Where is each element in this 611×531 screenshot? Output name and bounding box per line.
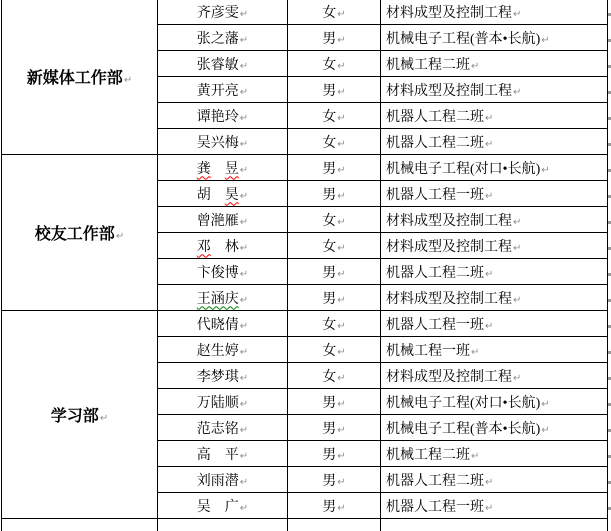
major-cell[interactable]: 机器人工程二班↵ [381, 259, 608, 285]
name-cell[interactable]: 卞俊博↵ [158, 259, 288, 285]
gender-text: 女 [322, 6, 336, 21]
name-text: 吴 广 [197, 500, 239, 515]
gender-text: 女 [322, 214, 336, 229]
gender-text: 男 [322, 84, 336, 99]
paragraph-mark-icon: ↵ [337, 165, 345, 176]
name-text: 曾滟雁 [197, 214, 239, 229]
paragraph-mark-icon: ↵ [485, 503, 493, 514]
paragraph-mark-icon: ↵ [240, 113, 248, 124]
gender-text: 女 [322, 344, 336, 359]
name-cell[interactable]: 邓 林↵ [158, 233, 288, 259]
paragraph-mark-icon: ↵ [240, 61, 248, 72]
major-text: 材料成型及控制工程 [386, 214, 512, 229]
paragraph-mark-icon: ↵ [513, 9, 521, 20]
paragraph-mark-icon: ↵ [240, 9, 248, 20]
major-text: 机器人工程一班 [386, 188, 484, 203]
name-text: 林 [211, 240, 239, 255]
gender-text: 男 [322, 396, 336, 411]
paragraph-mark-icon: ↵ [337, 113, 345, 124]
major-text: 机器人工程一班 [386, 318, 484, 333]
table-row-partial [2, 519, 608, 531]
name-cell[interactable]: 吴 广↵ [158, 493, 288, 519]
gender-cell[interactable]: 男↵ [288, 389, 381, 415]
paragraph-mark-icon: ↵ [541, 399, 549, 410]
gender-text: 女 [322, 58, 336, 73]
paragraph-mark-icon: ↵ [240, 217, 248, 228]
name-text: 刘雨潜 [197, 474, 239, 489]
major-text: 机械工程一班 [386, 344, 470, 359]
gender-text: 女 [322, 318, 336, 333]
major-text: 材料成型及控制工程 [386, 84, 512, 99]
paragraph-mark-icon: ↵ [337, 295, 345, 306]
gender-text: 男 [322, 448, 336, 463]
major-cell[interactable]: 材料成型及控制工程↵ [381, 77, 608, 103]
gender-cell[interactable]: 男↵ [288, 493, 381, 519]
paragraph-mark-icon: ↵ [240, 347, 248, 358]
paragraph-mark-icon: ↵ [337, 139, 345, 150]
major-cell[interactable]: 机器人工程二班↵ [381, 103, 608, 129]
major-text: 机械电子工程(普本•长航) [386, 422, 540, 437]
major-cell[interactable]: 机械工程一班↵ [381, 337, 608, 363]
paragraph-mark-icon: ↵ [485, 113, 493, 124]
name-cell[interactable]: 范志铭↵ [158, 415, 288, 441]
paragraph-mark-icon: ↵ [513, 373, 521, 384]
gender-text: 女 [322, 110, 336, 125]
gender-cell[interactable]: 女↵ [288, 337, 381, 363]
gender-cell[interactable]: 女↵ [288, 0, 381, 25]
major-cell[interactable]: 机械电子工程(对口•长航)↵ [381, 155, 608, 181]
paragraph-mark-icon: ↵ [337, 87, 345, 98]
major-cell[interactable]: 机器人工程二班↵ [381, 467, 608, 493]
gender-cell[interactable]: 男↵ [288, 181, 381, 207]
paragraph-mark-icon: ↵ [240, 139, 248, 150]
name-cell[interactable]: 赵生婷↵ [158, 337, 288, 363]
name-text: 高 平 [197, 448, 239, 463]
gender-text: 男 [322, 162, 336, 177]
gender-cell[interactable]: 男↵ [288, 25, 381, 51]
department-name: 学习部 [51, 408, 99, 425]
gender-text: 女 [322, 370, 336, 385]
name-cell[interactable]: 万陆顺↵ [158, 389, 288, 415]
major-cell[interactable]: 材料成型及控制工程↵ [381, 207, 608, 233]
paragraph-mark-icon: ↵ [485, 139, 493, 150]
paragraph-mark-icon: ↵ [513, 217, 521, 228]
name-cell[interactable]: 黄开亮↵ [158, 77, 288, 103]
paragraph-mark-icon: ↵ [485, 269, 493, 280]
paragraph-mark-icon: ↵ [337, 321, 345, 332]
name-text: 齐彦雯 [197, 6, 239, 21]
gender-cell[interactable]: 女↵ [288, 311, 381, 337]
name-cell[interactable]: 刘雨潜↵ [158, 467, 288, 493]
gender-cell[interactable]: 女↵ [288, 103, 381, 129]
name-text-spelling-error: 邓 [197, 240, 211, 255]
major-cell[interactable]: 机械电子工程(普本•长航)↵ [381, 25, 608, 51]
department-cell[interactable]: 学习部↵ [2, 311, 158, 519]
table-row: 学习部↵代晓倩↵女↵机器人工程一班↵ [2, 311, 608, 337]
document-page: 新媒体工作部↵齐彦雯↵女↵材料成型及控制工程↵张之藩↵男↵机械电子工程(普本•长… [0, 0, 611, 531]
name-cell[interactable]: 龚 昱↵ [158, 155, 288, 181]
paragraph-mark-icon: ↵ [116, 231, 124, 242]
major-cell[interactable]: 机器人工程一班↵ [381, 181, 608, 207]
name-text: 范志铭 [197, 422, 239, 437]
major-text: 材料成型及控制工程 [386, 240, 512, 255]
name-text: 万陆顺 [197, 396, 239, 411]
gender-text: 男 [322, 32, 336, 47]
major-cell[interactable]: 机械电子工程(普本•长航)↵ [381, 415, 608, 441]
gender-cell[interactable]: 男↵ [288, 467, 381, 493]
paragraph-mark-icon: ↵ [541, 35, 549, 46]
paragraph-mark-icon: ↵ [100, 413, 108, 424]
department-name: 校友工作部 [35, 226, 115, 243]
paragraph-mark-icon: ↵ [337, 35, 345, 46]
paragraph-mark-icon: ↵ [337, 347, 345, 358]
paragraph-mark-icon: ↵ [240, 399, 248, 410]
name-cell[interactable]: 谭艳玲↵ [158, 103, 288, 129]
paragraph-mark-icon: ↵ [240, 191, 248, 202]
name-cell[interactable]: 代晓倩↵ [158, 311, 288, 337]
major-cell[interactable]: 材料成型及控制工程↵ [381, 363, 608, 389]
paragraph-mark-icon: ↵ [337, 191, 345, 202]
paragraph-mark-icon: ↵ [337, 399, 345, 410]
name-cell[interactable]: 高 平↵ [158, 441, 288, 467]
paragraph-mark-icon: ↵ [240, 243, 248, 254]
gender-text: 男 [322, 474, 336, 489]
gender-text: 女 [322, 240, 336, 255]
table-row: 新媒体工作部↵齐彦雯↵女↵材料成型及控制工程↵ [2, 0, 608, 25]
major-text: 机器人工程一班 [386, 500, 484, 515]
paragraph-mark-icon: ↵ [485, 191, 493, 202]
name-text: 赵生婷 [197, 344, 239, 359]
paragraph-mark-icon: ↵ [240, 269, 248, 280]
paragraph-mark-icon: ↵ [240, 295, 248, 306]
name-text: 张之藩 [197, 32, 239, 47]
paragraph-mark-icon: ↵ [513, 295, 521, 306]
name-cell[interactable]: 吴兴梅↵ [158, 129, 288, 155]
gender-cell[interactable]: 女↵ [288, 207, 381, 233]
paragraph-mark-icon: ↵ [337, 269, 345, 280]
paragraph-mark-icon: ↵ [240, 503, 248, 514]
name-cell[interactable]: 张之藩↵ [158, 25, 288, 51]
name-cell[interactable]: 王涵庆↵ [158, 285, 288, 311]
paragraph-mark-icon: ↵ [240, 321, 248, 332]
gender-text: 男 [322, 500, 336, 515]
name-cell[interactable]: 齐彦雯↵ [158, 0, 288, 25]
paragraph-mark-icon: ↵ [485, 321, 493, 332]
partial-row-cell[interactable] [288, 519, 381, 531]
paragraph-mark-icon: ↵ [513, 243, 521, 254]
name-text: 卞俊博 [197, 266, 239, 281]
major-cell[interactable]: 机械工程二班↵ [381, 51, 608, 77]
paragraph-mark-icon: ↵ [240, 373, 248, 384]
major-cell[interactable]: 机械电子工程(对口•长航)↵ [381, 389, 608, 415]
paragraph-mark-icon: ↵ [541, 425, 549, 436]
name-text: 胡 [197, 188, 225, 203]
paragraph-mark-icon: ↵ [240, 425, 248, 436]
major-cell[interactable]: 机械工程二班↵ [381, 441, 608, 467]
name-text-spelling-error: 龚 [197, 162, 211, 177]
paragraph-mark-icon: ↵ [337, 217, 345, 228]
paragraph-mark-icon: ↵ [240, 477, 248, 488]
paragraph-mark-icon: ↵ [337, 373, 345, 384]
major-cell[interactable]: 机器人工程一班↵ [381, 493, 608, 519]
major-text: 材料成型及控制工程 [386, 6, 512, 21]
name-text: 李梦琪 [197, 370, 239, 385]
gender-text: 男 [322, 188, 336, 203]
paragraph-mark-icon: ↵ [240, 165, 248, 176]
paragraph-mark-icon: ↵ [337, 451, 345, 462]
name-text-grammar-error: 王涵庆 [197, 292, 239, 307]
paragraph-mark-icon: ↵ [337, 503, 345, 514]
department-cell[interactable]: 新媒体工作部↵ [2, 0, 158, 155]
gender-cell[interactable]: 女↵ [288, 363, 381, 389]
name-text: 谭艳玲 [197, 110, 239, 125]
partial-row-cell[interactable] [2, 519, 158, 531]
major-cell[interactable]: 材料成型及控制工程↵ [381, 0, 608, 25]
department-cell[interactable]: 校友工作部↵ [2, 155, 158, 311]
paragraph-mark-icon: ↵ [471, 347, 479, 358]
major-text: 机械电子工程(普本•长航) [386, 32, 540, 47]
name-text: 黄开亮 [197, 84, 239, 99]
paragraph-mark-icon: ↵ [541, 165, 549, 176]
partial-row-cell[interactable] [381, 519, 608, 531]
name-cell[interactable]: 李梦琪↵ [158, 363, 288, 389]
major-cell[interactable]: 材料成型及控制工程↵ [381, 233, 608, 259]
partial-row-cell[interactable] [158, 519, 288, 531]
major-text: 机械工程二班 [386, 58, 470, 73]
table-row: 校友工作部↵龚 昱↵男↵机械电子工程(对口•长航)↵ [2, 155, 608, 181]
major-text: 机器人工程二班 [386, 474, 484, 489]
name-text: 吴兴梅 [197, 136, 239, 151]
paragraph-mark-icon: ↵ [124, 75, 132, 86]
name-text-spelling-error: 昊 [225, 188, 239, 203]
department-name: 新媒体工作部 [27, 70, 123, 87]
name-text: 张睿敏 [197, 58, 239, 73]
major-text: 机器人工程二班 [386, 266, 484, 281]
paragraph-mark-icon: ↵ [513, 87, 521, 98]
paragraph-mark-icon: ↵ [337, 243, 345, 254]
major-text: 材料成型及控制工程 [386, 370, 512, 385]
paragraph-mark-icon: ↵ [471, 61, 479, 72]
gender-cell[interactable]: 男↵ [288, 259, 381, 285]
gender-text: 女 [322, 136, 336, 151]
gender-text: 男 [322, 266, 336, 281]
paragraph-mark-icon: ↵ [240, 451, 248, 462]
major-text: 材料成型及控制工程 [386, 292, 512, 307]
gender-cell[interactable]: 女↵ [288, 51, 381, 77]
paragraph-mark-icon: ↵ [337, 9, 345, 20]
paragraph-mark-icon: ↵ [337, 61, 345, 72]
gender-cell[interactable]: 男↵ [288, 441, 381, 467]
gender-text: 男 [322, 292, 336, 307]
major-text: 机器人工程二班 [386, 110, 484, 125]
paragraph-mark-icon: ↵ [485, 477, 493, 488]
paragraph-mark-icon: ↵ [471, 451, 479, 462]
gender-cell[interactable]: 男↵ [288, 415, 381, 441]
major-text: 机械电子工程(对口•长航) [386, 162, 540, 177]
gender-text: 男 [322, 422, 336, 437]
paragraph-mark-icon: ↵ [337, 425, 345, 436]
roster-table: 新媒体工作部↵齐彦雯↵女↵材料成型及控制工程↵张之藩↵男↵机械电子工程(普本•长… [1, 0, 608, 531]
gender-cell[interactable]: 女↵ [288, 233, 381, 259]
gender-cell[interactable]: 男↵ [288, 155, 381, 181]
paragraph-mark-icon: ↵ [337, 477, 345, 488]
gender-cell[interactable]: 女↵ [288, 129, 381, 155]
name-cell[interactable]: 曾滟雁↵ [158, 207, 288, 233]
major-text: 机器人工程二班 [386, 136, 484, 151]
gender-cell[interactable]: 男↵ [288, 77, 381, 103]
major-text: 机械电子工程(对口•长航) [386, 396, 540, 411]
gender-cell[interactable]: 男↵ [288, 285, 381, 311]
name-cell[interactable]: 胡 昊↵ [158, 181, 288, 207]
name-text [211, 162, 225, 177]
paragraph-mark-icon: ↵ [240, 35, 248, 46]
major-cell[interactable]: 机器人工程一班↵ [381, 311, 608, 337]
name-cell[interactable]: 张睿敏↵ [158, 51, 288, 77]
paragraph-mark-icon: ↵ [240, 87, 248, 98]
major-text: 机械工程二班 [386, 448, 470, 463]
name-text-spelling-error: 昱 [225, 162, 239, 177]
major-cell[interactable]: 材料成型及控制工程↵ [381, 285, 608, 311]
major-cell[interactable]: 机器人工程二班↵ [381, 129, 608, 155]
name-text: 代晓倩 [197, 318, 239, 333]
